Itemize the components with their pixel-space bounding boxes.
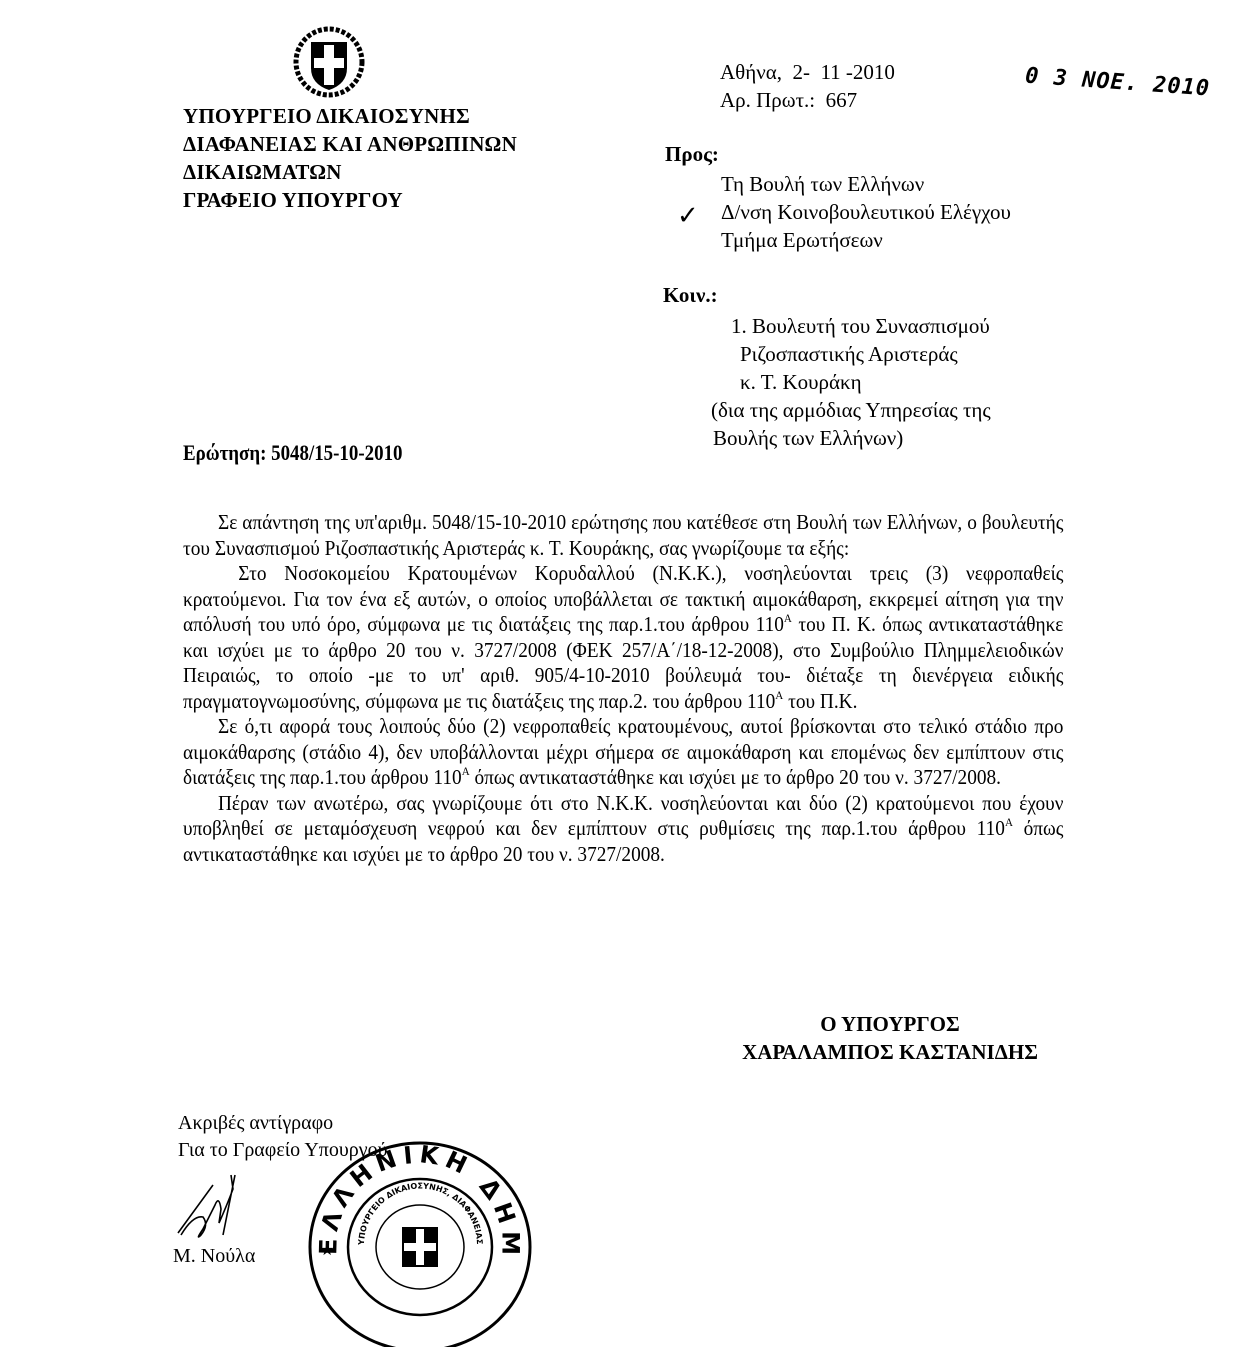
greek-coat-of-arms-icon — [291, 24, 367, 100]
ministry-line: ΥΠΟΥΡΓΕΙΟ ΔΙΚΑΙΟΣΥΝΗΣ — [183, 102, 517, 130]
cc-label: Κοιν.: — [663, 283, 718, 308]
received-date-stamp: 0 3 NOE. 2010 — [1024, 64, 1210, 102]
cc-line: κ. Τ. Κουράκη — [705, 368, 991, 396]
ministry-line: ΓΡΑΦΕΙΟ ΥΠΟΥΡΓΟΥ — [183, 186, 517, 214]
protocol-number: Αρ. Πρωτ.: 667 — [720, 86, 895, 114]
minister-signature-block: Ο ΥΠΟΥΡΓΟΣ ΧΑΡΑΛΑΜΠΟΣ ΚΑΣΤΑΝΙΔΗΣ — [700, 1010, 1080, 1066]
to-label: Προς: — [665, 142, 719, 167]
place-date: Αθήνα, 2- 11 -2010 — [720, 58, 895, 86]
question-reference: Ερώτηση: 5048/15-10-2010 — [183, 440, 402, 466]
date-block: Αθήνα, 2- 11 -2010 Αρ. Πρωτ.: 667 — [720, 58, 895, 114]
check-mark-icon: ✓ — [677, 201, 699, 231]
ministry-header: ΥΠΟΥΡΓΕΙΟ ΔΙΚΑΙΟΣΥΝΗΣ ΔΙΑΦΑΝΕΙΑΣ ΚΑΙ ΑΝΘ… — [183, 102, 517, 214]
svg-text:★: ★ — [320, 1240, 334, 1259]
letter-body: Σε απάντηση της υπ'αριθμ. 5048/15-10-201… — [183, 510, 1063, 867]
ministry-line: ΔΙΚΑΙΩΜΑΤΩΝ — [183, 158, 517, 186]
handwritten-signature-icon — [173, 1165, 258, 1245]
cc-line: (δια της αρμόδιας Υπηρεσίας της — [705, 396, 991, 424]
minister-title: Ο ΥΠΟΥΡΓΟΣ — [700, 1010, 1080, 1038]
recipient-line: Δ/νση Κοινοβουλευτικού Ελέγχου — [721, 198, 1011, 226]
paragraph: Στο Νοσοκομείου Κρατουμένων Κορυδαλλού (… — [183, 561, 1063, 714]
signer-name: Μ. Νούλα — [173, 1245, 255, 1268]
cc-recipients: 1. Βουλευτή του Συνασπισμού Ριζοσπαστική… — [705, 312, 991, 452]
minister-name: ΧΑΡΑΛΑΜΠΟΣ ΚΑΣΤΑΝΙΔΗΣ — [700, 1038, 1080, 1066]
recipient-line: Τη Βουλή των Ελλήνων — [721, 170, 1011, 198]
official-seal-icon: ΕΛΛΗΝΙΚΗ ΔΗΜΟΚΡΑΤΙΑ ΥΠΟΥΡΓΕΙΟ ΔΙΚΑΙΟΣΥΝΗ… — [302, 1135, 537, 1347]
to-recipients: Τη Βουλή των Ελλήνων Δ/νση Κοινοβουλευτι… — [721, 170, 1011, 254]
cc-line: Ριζοσπαστικής Αριστεράς — [705, 340, 991, 368]
recipient-line: Τμήμα Ερωτήσεων — [721, 226, 1011, 254]
ministry-line: ΔΙΑΦΑΝΕΙΑΣ ΚΑΙ ΑΝΘΡΩΠΙΝΩΝ — [183, 130, 517, 158]
paragraph: Σε ό,τι αφορά τους λοιπούς δύο (2) νεφρο… — [183, 714, 1063, 791]
cc-line: 1. Βουλευτή του Συνασπισμού — [705, 312, 991, 340]
paragraph: Πέραν των ανωτέρω, σας γνωρίζουμε ότι στ… — [183, 791, 1063, 868]
cc-line: Βουλής των Ελλήνων) — [705, 424, 991, 452]
true-copy-line: Ακριβές αντίγραφο — [178, 1110, 388, 1137]
paragraph: Σε απάντηση της υπ'αριθμ. 5048/15-10-201… — [183, 510, 1063, 561]
